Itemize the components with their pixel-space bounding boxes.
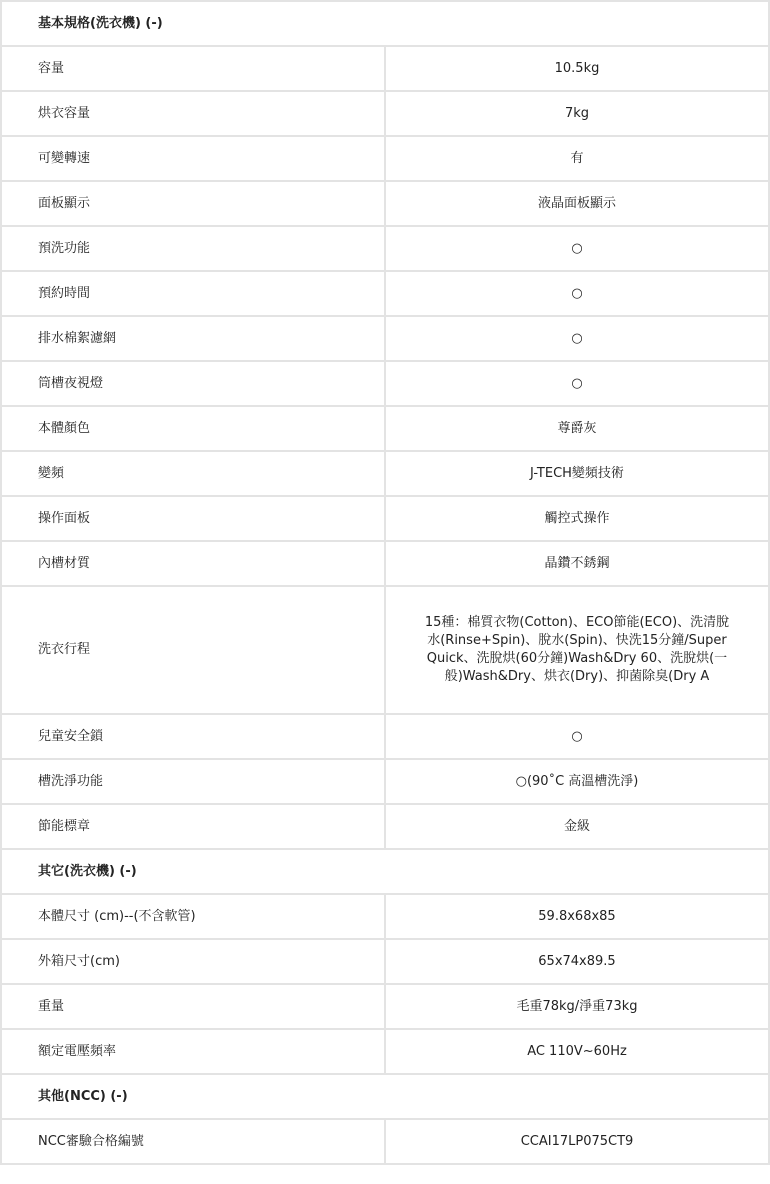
table-row: 重量毛重78kg/淨重73kg [1,984,769,1029]
row-label: 內槽材質 [1,541,385,586]
table-row: 槽洗淨功能○(90˚C 高溫槽洗淨) [1,759,769,804]
row-value: ○(90˚C 高溫槽洗淨) [385,759,769,804]
row-value: 金級 [385,804,769,849]
row-value: ○ [385,226,769,271]
table-row: 內槽材質晶鑽不銹鋼 [1,541,769,586]
row-value: 59.8x68x85 [385,894,769,939]
row-label: 筒槽夜視燈 [1,361,385,406]
row-value: 有 [385,136,769,181]
row-label: 操作面板 [1,496,385,541]
row-value: 10.5kg [385,46,769,91]
row-value: ○ [385,271,769,316]
section-header-basic: 基本規格(洗衣機) (-) [1,1,769,46]
table-row: 烘衣容量7kg [1,91,769,136]
row-value: ○ [385,714,769,759]
row-value: 尊爵灰 [385,406,769,451]
row-label: 槽洗淨功能 [1,759,385,804]
row-label: NCC審驗合格編號 [1,1119,385,1164]
spec-table: 基本規格(洗衣機) (-) 容量10.5kg 烘衣容量7kg 可變轉速有 面板顯… [0,0,770,1165]
row-label: 額定電壓頻率 [1,1029,385,1074]
table-row: 筒槽夜視燈○ [1,361,769,406]
row-label: 本體顏色 [1,406,385,451]
table-row: 兒童安全鎖○ [1,714,769,759]
row-value: 晶鑽不銹鋼 [385,541,769,586]
section-title: 其它(洗衣機) (-) [1,849,769,894]
section-title: 其他(NCC) (-) [1,1074,769,1119]
row-value: 15種：棉質衣物(Cotton)、ECO節能(ECO)、洗清脫水(Rinse+S… [385,586,769,714]
section-title: 基本規格(洗衣機) (-) [1,1,769,46]
row-label: 外箱尺寸(cm) [1,939,385,984]
table-row: 額定電壓頻率AC 110V~60Hz [1,1029,769,1074]
row-label: 預洗功能 [1,226,385,271]
table-row: 操作面板觸控式操作 [1,496,769,541]
table-row: 排水棉絮濾網○ [1,316,769,361]
row-label: 排水棉絮濾網 [1,316,385,361]
row-label: 重量 [1,984,385,1029]
table-row: 本體尺寸 (cm)--(不含軟管)59.8x68x85 [1,894,769,939]
table-row: 本體顏色尊爵灰 [1,406,769,451]
table-row: 面板顯示液晶面板顯示 [1,181,769,226]
row-label: 兒童安全鎖 [1,714,385,759]
table-row: 洗衣行程15種：棉質衣物(Cotton)、ECO節能(ECO)、洗清脫水(Rin… [1,586,769,714]
row-value: 觸控式操作 [385,496,769,541]
row-value: 65x74x89.5 [385,939,769,984]
row-label: 容量 [1,46,385,91]
row-label: 烘衣容量 [1,91,385,136]
row-label: 面板顯示 [1,181,385,226]
row-value: 液晶面板顯示 [385,181,769,226]
row-label: 洗衣行程 [1,586,385,714]
section-header-ncc: 其他(NCC) (-) [1,1074,769,1119]
row-value: CCAI17LP075CT9 [385,1119,769,1164]
row-label: 可變轉速 [1,136,385,181]
table-row: 可變轉速有 [1,136,769,181]
table-row: NCC審驗合格編號CCAI17LP075CT9 [1,1119,769,1164]
table-row: 預洗功能○ [1,226,769,271]
table-row: 節能標章金級 [1,804,769,849]
row-value: ○ [385,316,769,361]
row-value: J-TECH變頻技術 [385,451,769,496]
table-row: 容量10.5kg [1,46,769,91]
row-value: 7kg [385,91,769,136]
row-value: ○ [385,361,769,406]
table-row: 預約時間○ [1,271,769,316]
row-label: 節能標章 [1,804,385,849]
section-header-other: 其它(洗衣機) (-) [1,849,769,894]
row-label: 預約時間 [1,271,385,316]
row-label: 變頻 [1,451,385,496]
row-label: 本體尺寸 (cm)--(不含軟管) [1,894,385,939]
table-row: 外箱尺寸(cm)65x74x89.5 [1,939,769,984]
row-value: AC 110V~60Hz [385,1029,769,1074]
row-value: 毛重78kg/淨重73kg [385,984,769,1029]
table-row: 變頻J-TECH變頻技術 [1,451,769,496]
